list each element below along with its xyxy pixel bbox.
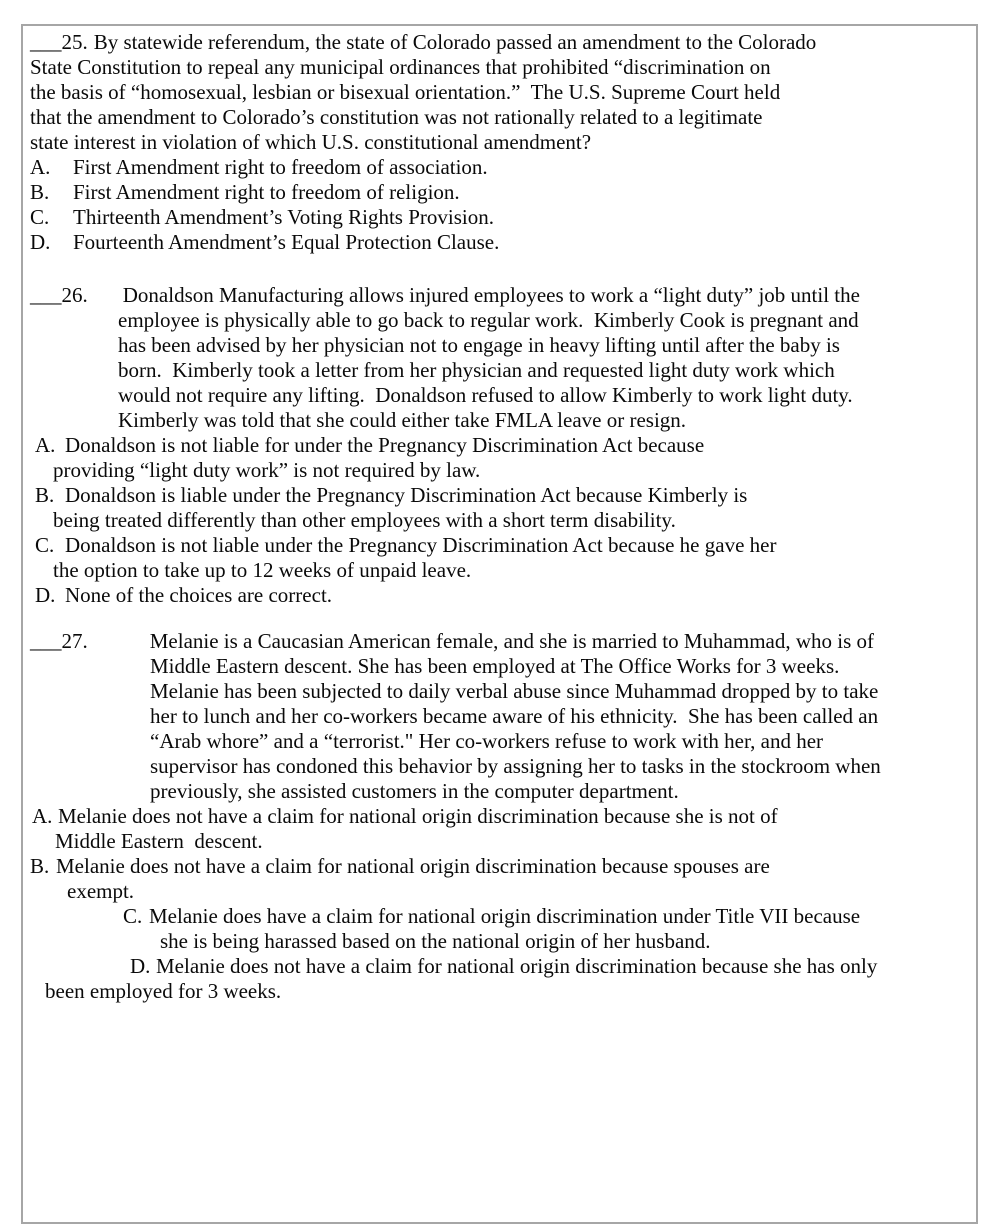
option-text: First Amendment right to freedom of asso… [73,155,488,180]
question-stem-line: that the amendment to Colorado’s constit… [30,105,968,130]
option-row: C.Thirteenth Amendment’s Voting Rights P… [30,205,968,230]
option-text: Melanie does not have a claim for nation… [58,804,778,829]
question-stem-line: the basis of “homosexual, lesbian or bis… [30,80,968,105]
question-stem-line: employee is physically able to go back t… [30,308,968,333]
option-letter: B. [35,483,65,508]
option-letter: C. [35,533,65,558]
question-25: ___25.By statewide referendum, the state… [30,30,968,255]
question-stem-line: Middle Eastern descent. She has been emp… [30,654,968,679]
question-stem-line: Kimberly was told that she could either … [30,408,968,433]
option-text: Fourteenth Amendment’s Equal Protection … [73,230,499,255]
option-letter: B. [30,180,73,205]
question-stem-text: Donaldson Manufacturing allows injured e… [123,283,860,307]
option-row: A.Donaldson is not liable for under the … [30,433,968,458]
option-text: Thirteenth Amendment’s Voting Rights Pro… [73,205,494,230]
question-stem-line: ___25.By statewide referendum, the state… [30,30,968,55]
option-text: Donaldson is not liable for under the Pr… [65,433,704,458]
option-row: D.None of the choices are correct. [30,583,968,608]
option-row: A.Melanie does not have a claim for nati… [30,804,968,829]
option-row: A.First Amendment right to freedom of as… [30,155,968,180]
option-text: Donaldson is not liable under the Pregna… [65,533,776,558]
answer-blank: ___ [30,283,62,307]
question-stem-line: “Arab whore” and a “terrorist." Her co-w… [30,729,968,754]
question-number: 25. [62,30,88,54]
option-letter: A. [30,155,73,180]
question-stem-line: previously, she assisted customers in th… [30,779,968,804]
question-number: 26. [62,283,88,307]
question-27: ___27.Melanie is a Caucasian American fe… [30,629,968,1002]
option-continuation: being treated differently than other emp… [30,508,968,533]
option-row: B.Donaldson is liable under the Pregnanc… [30,483,968,508]
option-row: D.Fourteenth Amendment’s Equal Protectio… [30,230,968,255]
question-stem-text: By statewide referendum, the state of Co… [94,30,817,54]
option-row: D.Melanie does not have a claim for nati… [30,954,968,979]
option-text: None of the choices are correct. [65,583,332,608]
option-letter: C. [123,904,149,929]
option-letter: D. [130,954,156,979]
option-continuation: exempt. [30,879,968,904]
option-row: B.First Amendment right to freedom of re… [30,180,968,205]
option-continuation: providing “light duty work” is not requi… [30,458,968,483]
question-stem-line: her to lunch and her co-workers became a… [30,704,968,729]
option-continuation: she is being harassed based on the natio… [30,929,968,954]
question-stem-text: Melanie is a Caucasian American female, … [150,629,874,653]
question-stem-line: supervisor has condoned this behavior by… [30,754,968,779]
option-letter: A. [35,433,65,458]
option-text: Melanie does not have a claim for nation… [56,854,770,879]
option-letter: A. [32,804,58,829]
question-stem-line: born. Kimberly took a letter from her ph… [30,358,968,383]
option-text: Melanie does not have a claim for nation… [156,954,877,979]
question-stem-line: has been advised by her physician not to… [30,333,968,358]
question-stem-line: would not require any lifting. Donaldson… [30,383,968,408]
answer-blank: ___ [30,30,62,54]
option-letter: D. [35,583,65,608]
question-26: ___26.Donaldson Manufacturing allows inj… [30,283,968,608]
question-stem-line: ___27.Melanie is a Caucasian American fe… [30,629,968,654]
question-stem-line: Melanie has been subjected to daily verb… [30,679,968,704]
option-continuation: the option to take up to 12 weeks of unp… [30,558,968,583]
option-text: Melanie does have a claim for national o… [149,904,860,929]
option-continuation: Middle Eastern descent. [30,829,968,854]
option-row: C.Donaldson is not liable under the Preg… [30,533,968,558]
option-continuation: been employed for 3 weeks. [30,979,968,1002]
option-row: C.Melanie does have a claim for national… [30,904,968,929]
exam-page: ___25.By statewide referendum, the state… [21,24,978,1002]
option-text: Donaldson is liable under the Pregnancy … [65,483,747,508]
question-stem-line: state interest in violation of which U.S… [30,130,968,155]
option-text: First Amendment right to freedom of reli… [73,180,460,205]
option-letter: D. [30,230,73,255]
question-stem-line: ___26.Donaldson Manufacturing allows inj… [30,283,968,308]
option-letter: B. [30,854,56,879]
option-letter: C. [30,205,73,230]
answer-blank: ___ [30,629,62,653]
question-number: 27. [62,629,88,653]
option-row: B.Melanie does not have a claim for nati… [30,854,968,879]
question-stem-line: State Constitution to repeal any municip… [30,55,968,80]
